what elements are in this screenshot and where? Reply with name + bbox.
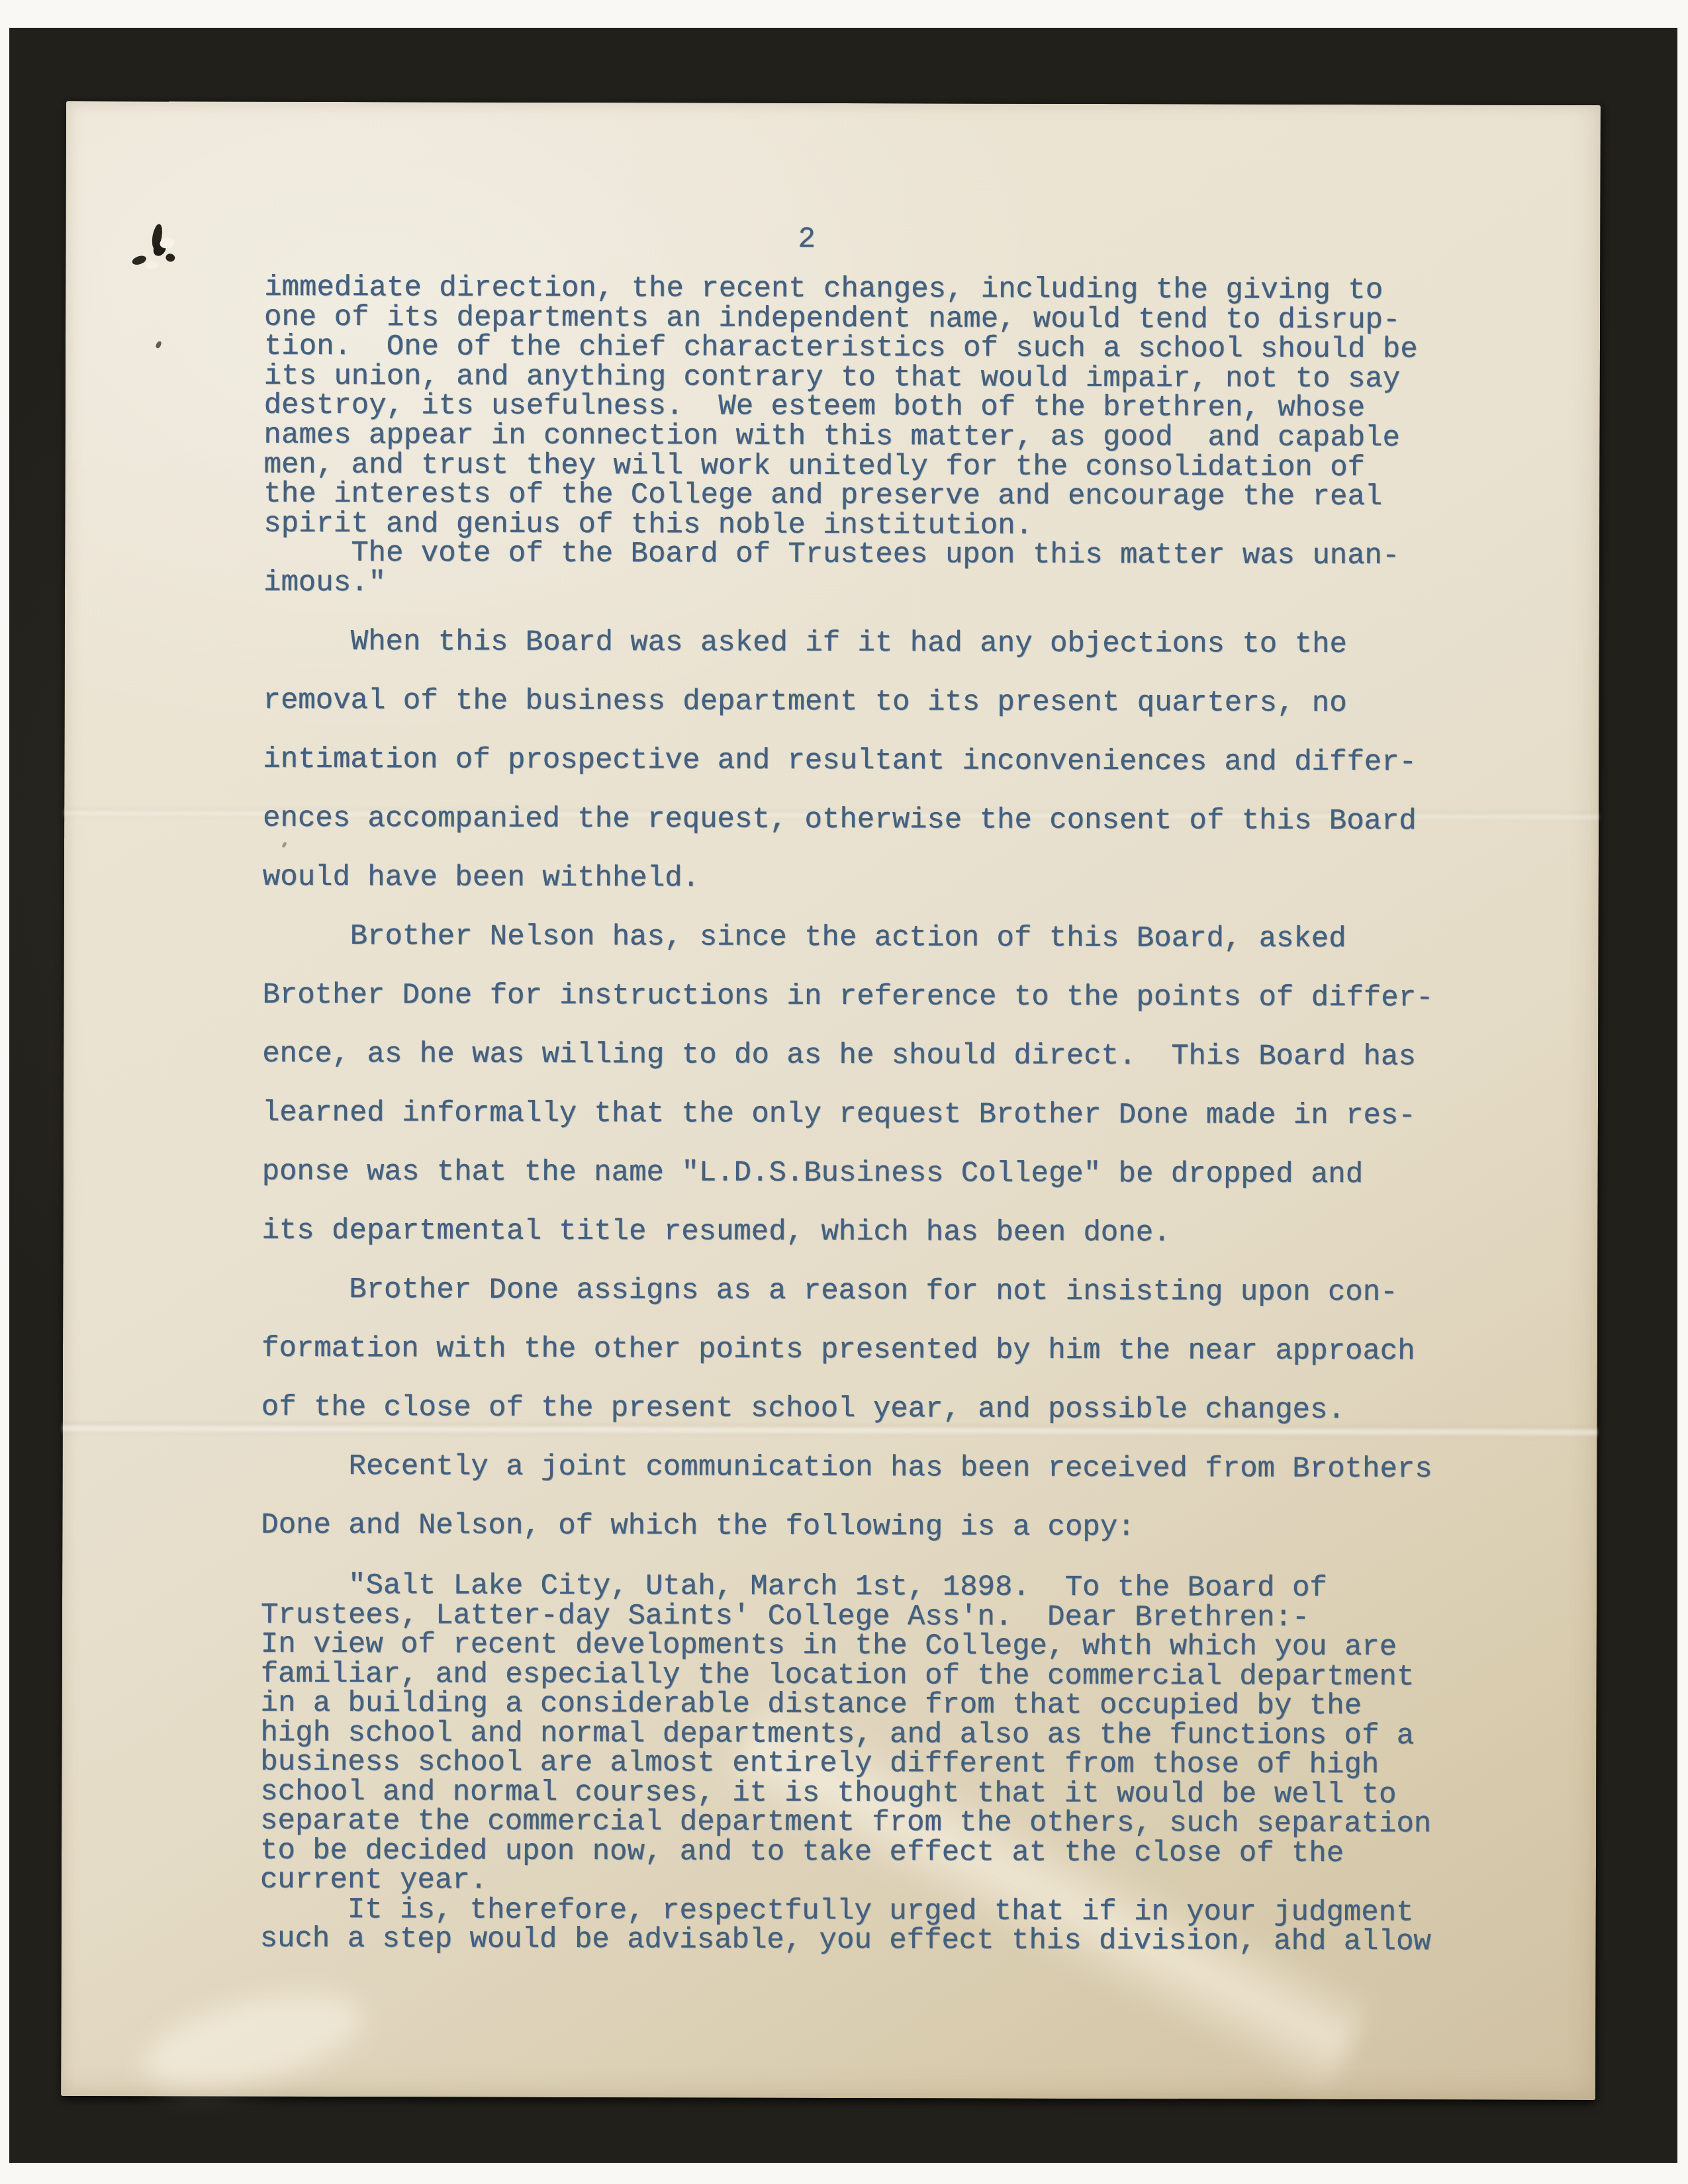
text-line: The vote of the Board of Trustees upon t… (263, 539, 1468, 571)
text-line: intimation of prospective and resultant … (263, 731, 1468, 793)
text-line: Done and Nelson, of which the following … (261, 1496, 1466, 1559)
text-line: such a step would be advisable, you effe… (260, 1925, 1465, 1957)
quoted-statement-end: immediate direction, the recent changes,… (263, 273, 1469, 601)
text-line: formation with the other points presente… (261, 1320, 1466, 1382)
text-line: ence, as he was willing to do as he shou… (262, 1025, 1467, 1087)
text-line: Brother Done assigns as a reason for not… (261, 1261, 1466, 1323)
letter-copy: "Salt Lake City, Utah, March 1st, 1898. … (260, 1571, 1466, 1957)
text-line: Brother Nelson has, since the action of … (263, 907, 1468, 970)
text-line: When this Board was asked if it had any … (263, 613, 1468, 675)
text-line: would have been withheld. (263, 848, 1468, 911)
text-line: ponse was that the name "L.D.S.Business … (262, 1143, 1467, 1205)
text-line: learned informally that the only request… (262, 1084, 1467, 1146)
body-paragraphs: When this Board was asked if it had any … (261, 613, 1468, 1559)
ink-blot (130, 219, 194, 275)
text-line: Brother Done for instructions in referen… (262, 966, 1467, 1028)
page-number: 2 (798, 225, 930, 255)
document-page: 2 immediate direction, the recent change… (61, 101, 1601, 2100)
text-line: removal of the business department to it… (263, 672, 1468, 734)
light-streak-corner (134, 1976, 372, 2107)
ink-speck (155, 341, 162, 349)
scan-area: 2 immediate direction, the recent change… (0, 0, 1688, 2184)
text-line: Recently a joint communication has been … (261, 1437, 1466, 1500)
text-line: of the close of the present school year,… (261, 1379, 1466, 1441)
text-line: imous." (263, 569, 1468, 601)
text-line: its departmental title resumed, which ha… (261, 1202, 1466, 1264)
text-line: ences accompanied the request, otherwise… (263, 790, 1468, 852)
